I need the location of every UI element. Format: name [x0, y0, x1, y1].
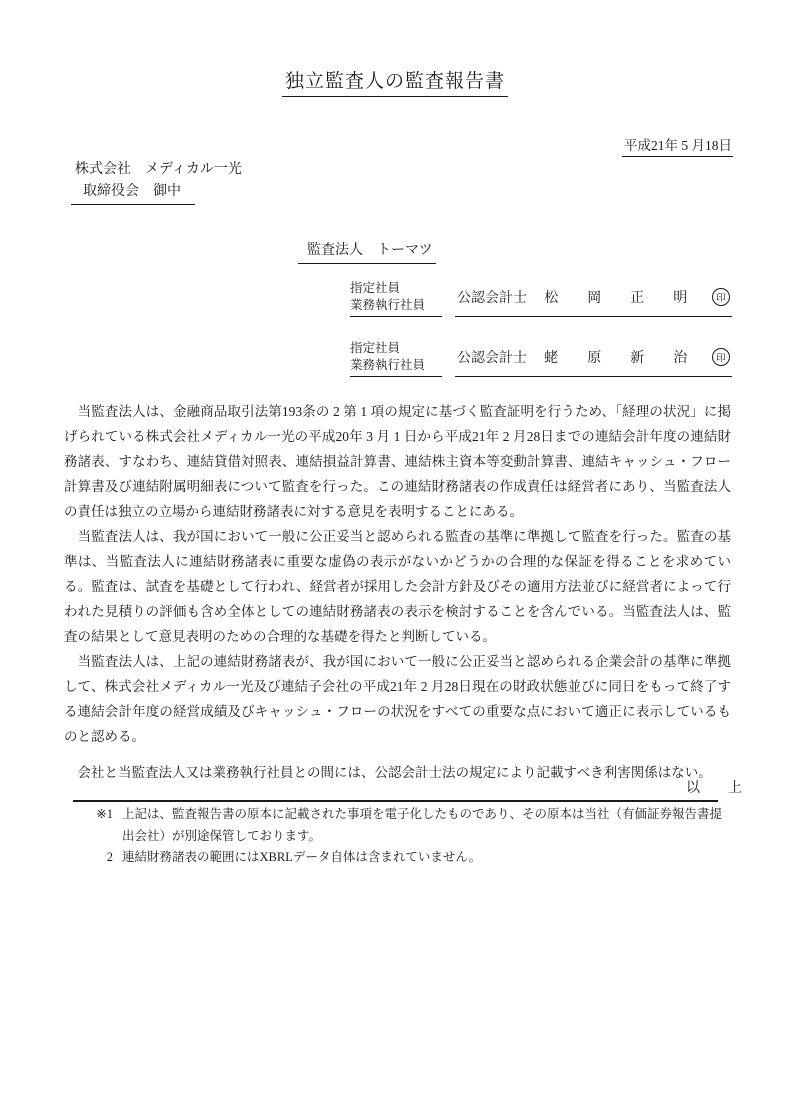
signature-roles-1: 指定社員 業務執行社員	[350, 277, 442, 317]
signatory-name: 蛯 原 新 治	[544, 347, 695, 367]
signature-role-line2: 業務執行社員	[350, 357, 442, 374]
report-date: 平成21年 5 月18日	[622, 134, 733, 157]
signatory-name: 松 岡 正 明	[544, 287, 695, 307]
signature-roles-2: 指定社員 業務執行社員	[350, 337, 442, 377]
body-paragraph-opinion: 当監査法人は、上記の連結財務諸表が、我が国において一般に公正妥当と認められる企業…	[64, 649, 731, 749]
signature-role-line1: 指定社員	[350, 340, 442, 357]
signature-role-line2: 業務執行社員	[350, 297, 442, 314]
signature-role-line1: 指定社員	[350, 280, 442, 297]
signature-block-1: 指定社員 業務執行社員 公認会計士 松 岡 正 明 印	[350, 277, 732, 317]
audit-firm-name: 監査法人 トーマツ	[298, 239, 436, 264]
signature-line-2: 公認会計士 蛯 原 新 治 印	[455, 337, 732, 377]
signature-line-1: 公認会計士 松 岡 正 明 印	[455, 277, 732, 317]
report-title: 独立監査人の監査報告書	[282, 66, 508, 97]
signature-qualification: 公認会計士	[457, 347, 527, 367]
seal-icon: 印	[712, 348, 730, 366]
addressee-company: 株式会社 メディカル一光	[75, 158, 242, 178]
footnote-text: 上記は、監査報告書の原本に記載された事項を電子化したものであり、その原本は当社（…	[122, 804, 733, 847]
independence-paragraph: 会社と当監査法人又は業務執行社員との間には、公認会計士法の規定により記載すべき利…	[64, 760, 731, 785]
footnote-text: 連結財務諸表の範囲にはXBRLデータ自体は含まれていません。	[122, 847, 733, 869]
report-title-wrap: 独立監査人の監査報告書	[0, 66, 790, 97]
body-paragraph-standards: 当監査法人は、我が国において一般に公正妥当と認められる監査の基準に準拠して監査を…	[64, 524, 731, 649]
footnote-marker: ※1	[85, 804, 113, 847]
signature-block-2: 指定社員 業務執行社員 公認会計士 蛯 原 新 治 印	[350, 337, 732, 377]
audit-report-page: 独立監査人の監査報告書 平成21年 5 月18日 株式会社 メディカル一光 取締…	[0, 0, 790, 1118]
footnotes: ※1 上記は、監査報告書の原本に記載された事項を電子化したものであり、その原本は…	[85, 804, 733, 869]
footnote-row-2: 2 連結財務諸表の範囲にはXBRLデータ自体は含まれていません。	[85, 847, 733, 869]
closing-mark: 以 上	[686, 777, 742, 797]
signature-qualification: 公認会計士	[457, 287, 527, 307]
body-paragraph-scope: 当監査法人は、金融商品取引法第193条の 2 第 1 項の規定に基づく監査証明を…	[64, 399, 731, 524]
footnote-marker: 2	[85, 847, 113, 869]
footnote-divider	[73, 800, 718, 802]
footnote-row-1: ※1 上記は、監査報告書の原本に記載された事項を電子化したものであり、その原本は…	[85, 804, 733, 847]
addressee-board: 取締役会 御中	[71, 180, 195, 205]
seal-icon: 印	[712, 288, 730, 306]
report-body: 当監査法人は、金融商品取引法第193条の 2 第 1 項の規定に基づく監査証明を…	[64, 399, 731, 785]
